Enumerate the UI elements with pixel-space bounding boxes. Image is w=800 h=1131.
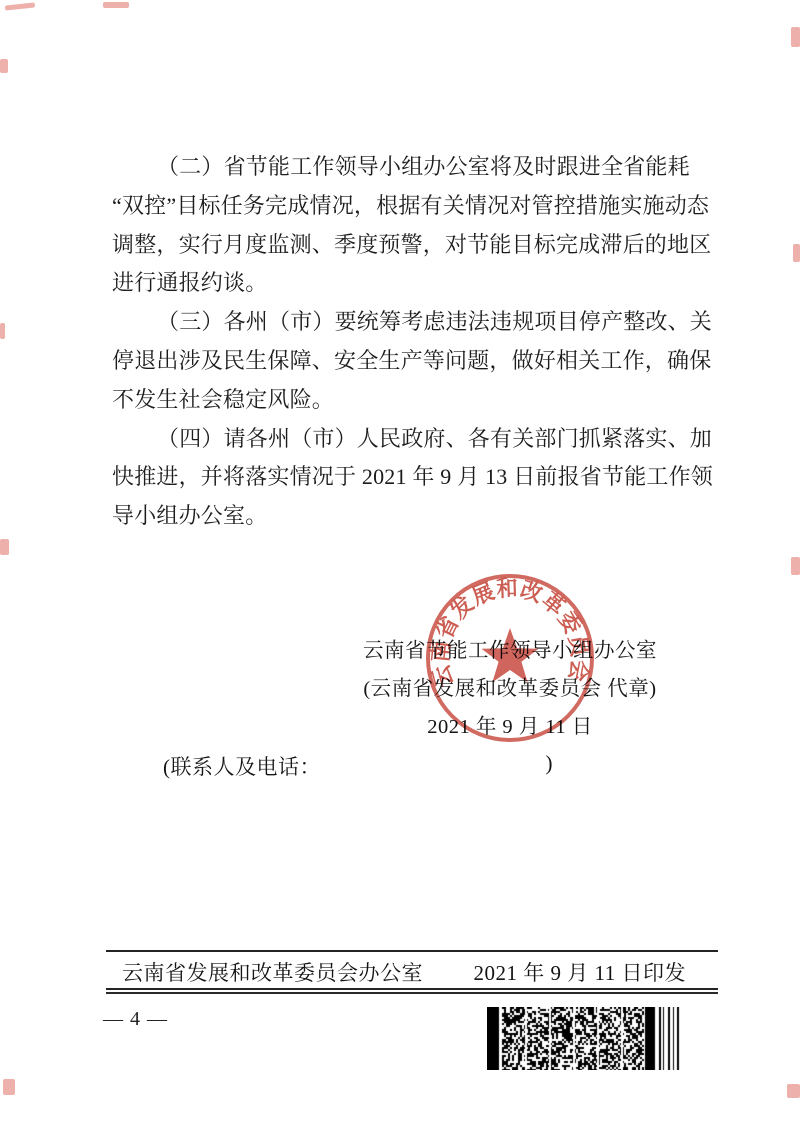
body-text: （二）省节能工作领导小组办公室将及时跟进全省能耗 “双控”目标任务完成情况，根据…	[112, 148, 690, 536]
red-edge-mark	[793, 244, 800, 262]
footer-row: 云南省发展和改革委员会办公室 2021 年 9 月 11 日印发	[106, 957, 718, 987]
footer-print-date: 2021 年 9 月 11 日印发	[474, 957, 718, 987]
red-edge-mark	[0, 323, 5, 339]
contact-line: (联系人及电话： )	[163, 751, 553, 781]
barcode	[487, 1007, 685, 1070]
footer-issuer: 云南省发展和改革委员会办公室	[106, 957, 423, 987]
red-edge-mark	[0, 59, 8, 73]
footer-divider-top	[106, 950, 718, 952]
body-line: （二）省节能工作领导小组办公室将及时跟进全省能耗	[112, 148, 690, 187]
red-edge-mark	[787, 1084, 800, 1098]
seal-star-icon	[482, 628, 539, 682]
body-line: 快推进，并将落实情况于 2021 年 9 月 13 日前报省节能工作领	[112, 458, 690, 497]
footer-divider-bottom	[106, 988, 718, 990]
official-seal: 云南省发展和改革委员会	[415, 563, 605, 753]
body-line: 不发生社会稳定风险。	[112, 381, 690, 420]
body-line: （三）各州（市）要统筹考虑违法违规项目停产整改、关	[112, 303, 690, 342]
red-edge-mark	[5, 2, 35, 10]
body-line: “双控”目标任务完成情况，根据有关情况对管控措施实施动态	[112, 187, 690, 226]
red-edge-mark	[791, 557, 800, 575]
body-line: 调整，实行月度监测、季度预警，对节能目标完成滞后的地区	[112, 226, 690, 265]
body-line: 停退出涉及民生保障、安全生产等问题，做好相关工作，确保	[112, 342, 690, 381]
contact-prefix: (联系人及电话：	[163, 755, 321, 779]
body-line: 进行通报约谈。	[112, 264, 690, 303]
red-edge-mark	[3, 1079, 15, 1095]
red-edge-mark	[0, 539, 9, 555]
body-line: 导小组办公室。	[112, 497, 690, 536]
page-number: — 4 —	[103, 1008, 183, 1031]
footer-divider-bottom-2	[106, 992, 718, 994]
body-line: （四）请各州（市）人民政府、各有关部门抓紧落实、加	[112, 420, 690, 459]
red-edge-mark	[791, 27, 800, 47]
red-edge-mark	[103, 2, 129, 8]
contact-suffix: )	[546, 751, 554, 776]
document-page: （二）省节能工作领导小组办公室将及时跟进全省能耗 “双控”目标任务完成情况，根据…	[0, 0, 800, 1131]
